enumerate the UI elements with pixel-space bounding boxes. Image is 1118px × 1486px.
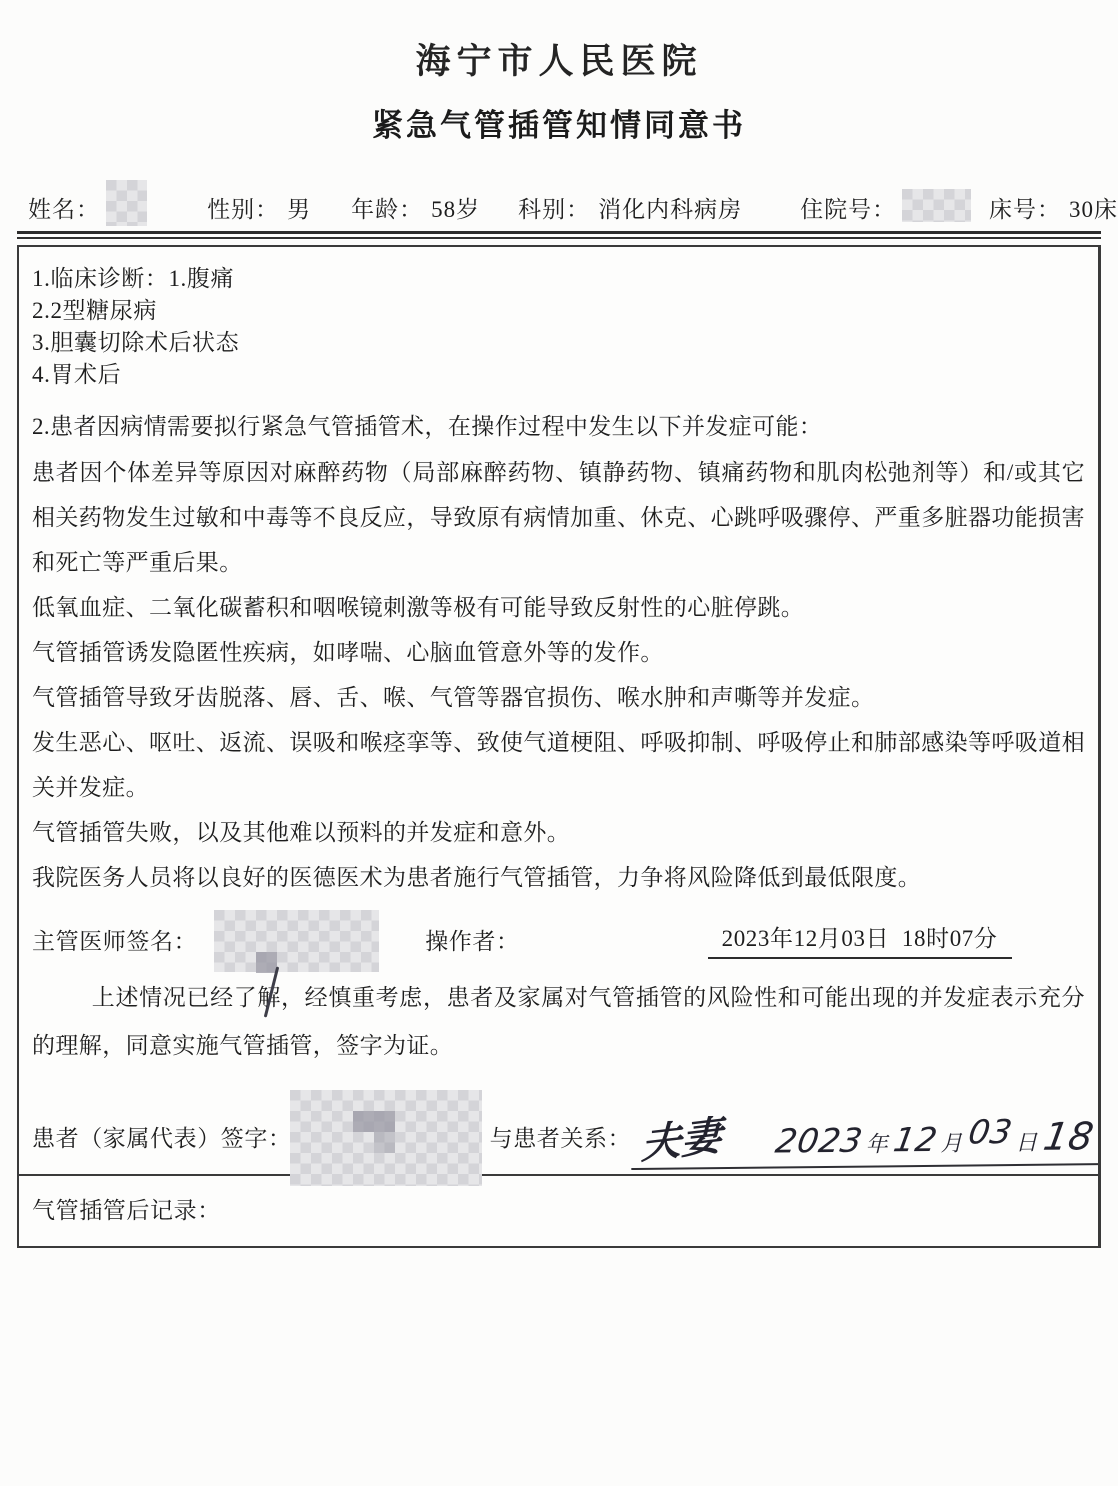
consent-form-page: 海宁市人民医院 紧急气管插管知情同意书 姓名： 性别：男 年龄：58岁 科别：消… [0,0,1118,1486]
handwritten-relation: 夫妻 [641,1103,723,1170]
patient-info-row: 姓名： 性别：男 年龄：58岁 科别：消化内科病房 住院号： 床号：30床 [28,171,1118,224]
hw-month-unit: 月 [941,1126,964,1157]
bed-value: 30床 [1069,191,1118,224]
diagnosis-line: 3.胆囊切除术后状态 [32,327,1085,359]
inner-divider-rule [19,1174,1098,1176]
risk-paragraph: 我院医务人员将以良好的医德医术为患者施行气管插管，力争将风险降低到最低限度。 [32,855,1085,900]
name-redaction-mosaic [106,180,147,226]
form-title: 紧急气管插管知情同意书 [0,100,1118,145]
department-value: 消化内科病房 [598,191,742,224]
risk-intro: 2.患者因病情需要拟行紧急气管插管术，在操作过程中发生以下并发症可能： [32,404,1085,450]
header-divider-rule [17,231,1101,239]
age-value: 58岁 [431,191,480,224]
patient-sign-label: 患者（家属代表）签字： [32,1120,292,1153]
bed-label: 床号： [989,191,1061,224]
admission-no-redaction-mosaic [902,189,971,222]
post-intubation-record-label: 气管插管后记录： [32,1192,1085,1225]
handwritten-area: 夫妻 2023 年 12 月 03 日 18 时 10 分 [631,1102,1101,1169]
attending-datetime: 2023年12月03日 18时07分 [708,920,1012,959]
hw-year-num: 2023 [773,1120,866,1160]
diagnosis-line: 2.2型糖尿病 [32,295,1085,327]
operator-label: 操作者： [425,923,519,956]
agreement-paragraph: 上述情况已经了解，经慎重考虑，患者及家属对气管插管的风险性和可能出现的并发症表示… [32,974,1085,1070]
attending-signature-redaction-mosaic [214,910,379,972]
risk-paragraph: 患者因个体差异等原因对麻醉药物（局部麻醉药物、镇静药物、镇痛药物和肌肉松弛剂等）… [32,450,1085,585]
risk-paragraph: 气管插管失败，以及其他难以预料的并发症和意外。 [32,810,1085,855]
risk-paragraph: 气管插管诱发隐匿性疾病，如哮喘、心脑血管意外等的发作。 [32,630,1085,675]
hw-day-unit: 日 [1015,1125,1038,1156]
hw-day-num: 03 [966,1112,1016,1152]
attending-signature-row: 主管医师签名： 操作者： 2023年12月03日 18时07分 [32,916,1085,962]
diagnosis-line: 1.临床诊断：1.腹痛 [32,263,1085,295]
age-label: 年龄： [351,191,423,224]
hospital-name: 海宁市人民医院 [0,34,1118,84]
hw-month-num: 12 [891,1119,941,1159]
hw-hour-unit: 时 [1097,1124,1101,1155]
department-label: 科别： [518,191,590,224]
name-label: 姓名： [28,191,100,224]
attending-sign-label: 主管医师签名： [32,923,197,956]
admission-no-label: 住院号： [800,191,896,224]
relation-label: 与患者关系： [490,1120,632,1153]
gender-value: 男 [287,191,311,224]
consent-body-box: 1.临床诊断：1.腹痛 2.2型糖尿病 3.胆囊切除术后状态 4.胃术后 2.患… [17,245,1101,1248]
risk-paragraph: 低氧血症、二氧化碳蓄积和咽喉镜刺激等极有可能导致反射性的心脏停跳。 [32,585,1085,630]
gender-label: 性别： [207,191,279,224]
patient-signature-redaction-mosaic [290,1090,482,1186]
hw-year-unit: 年 [866,1127,889,1158]
risk-paragraph: 气管插管导致牙齿脱落、唇、舌、喉、气管等器官损伤、喉水肿和声嘶等并发症。 [32,675,1085,720]
patient-signature-row: 患者（家属代表）签字： 与患者关系： 夫妻 2023 年 12 月 03 日 1… [32,1104,1085,1168]
risk-paragraph: 发生恶心、呕吐、返流、误吸和喉痉挛等、致使气道梗阻、呼吸抑制、呼吸停止和肺部感染… [32,720,1085,810]
diagnosis-line: 4.胃术后 [32,359,1085,391]
hw-hour-num: 18 [1040,1114,1097,1159]
